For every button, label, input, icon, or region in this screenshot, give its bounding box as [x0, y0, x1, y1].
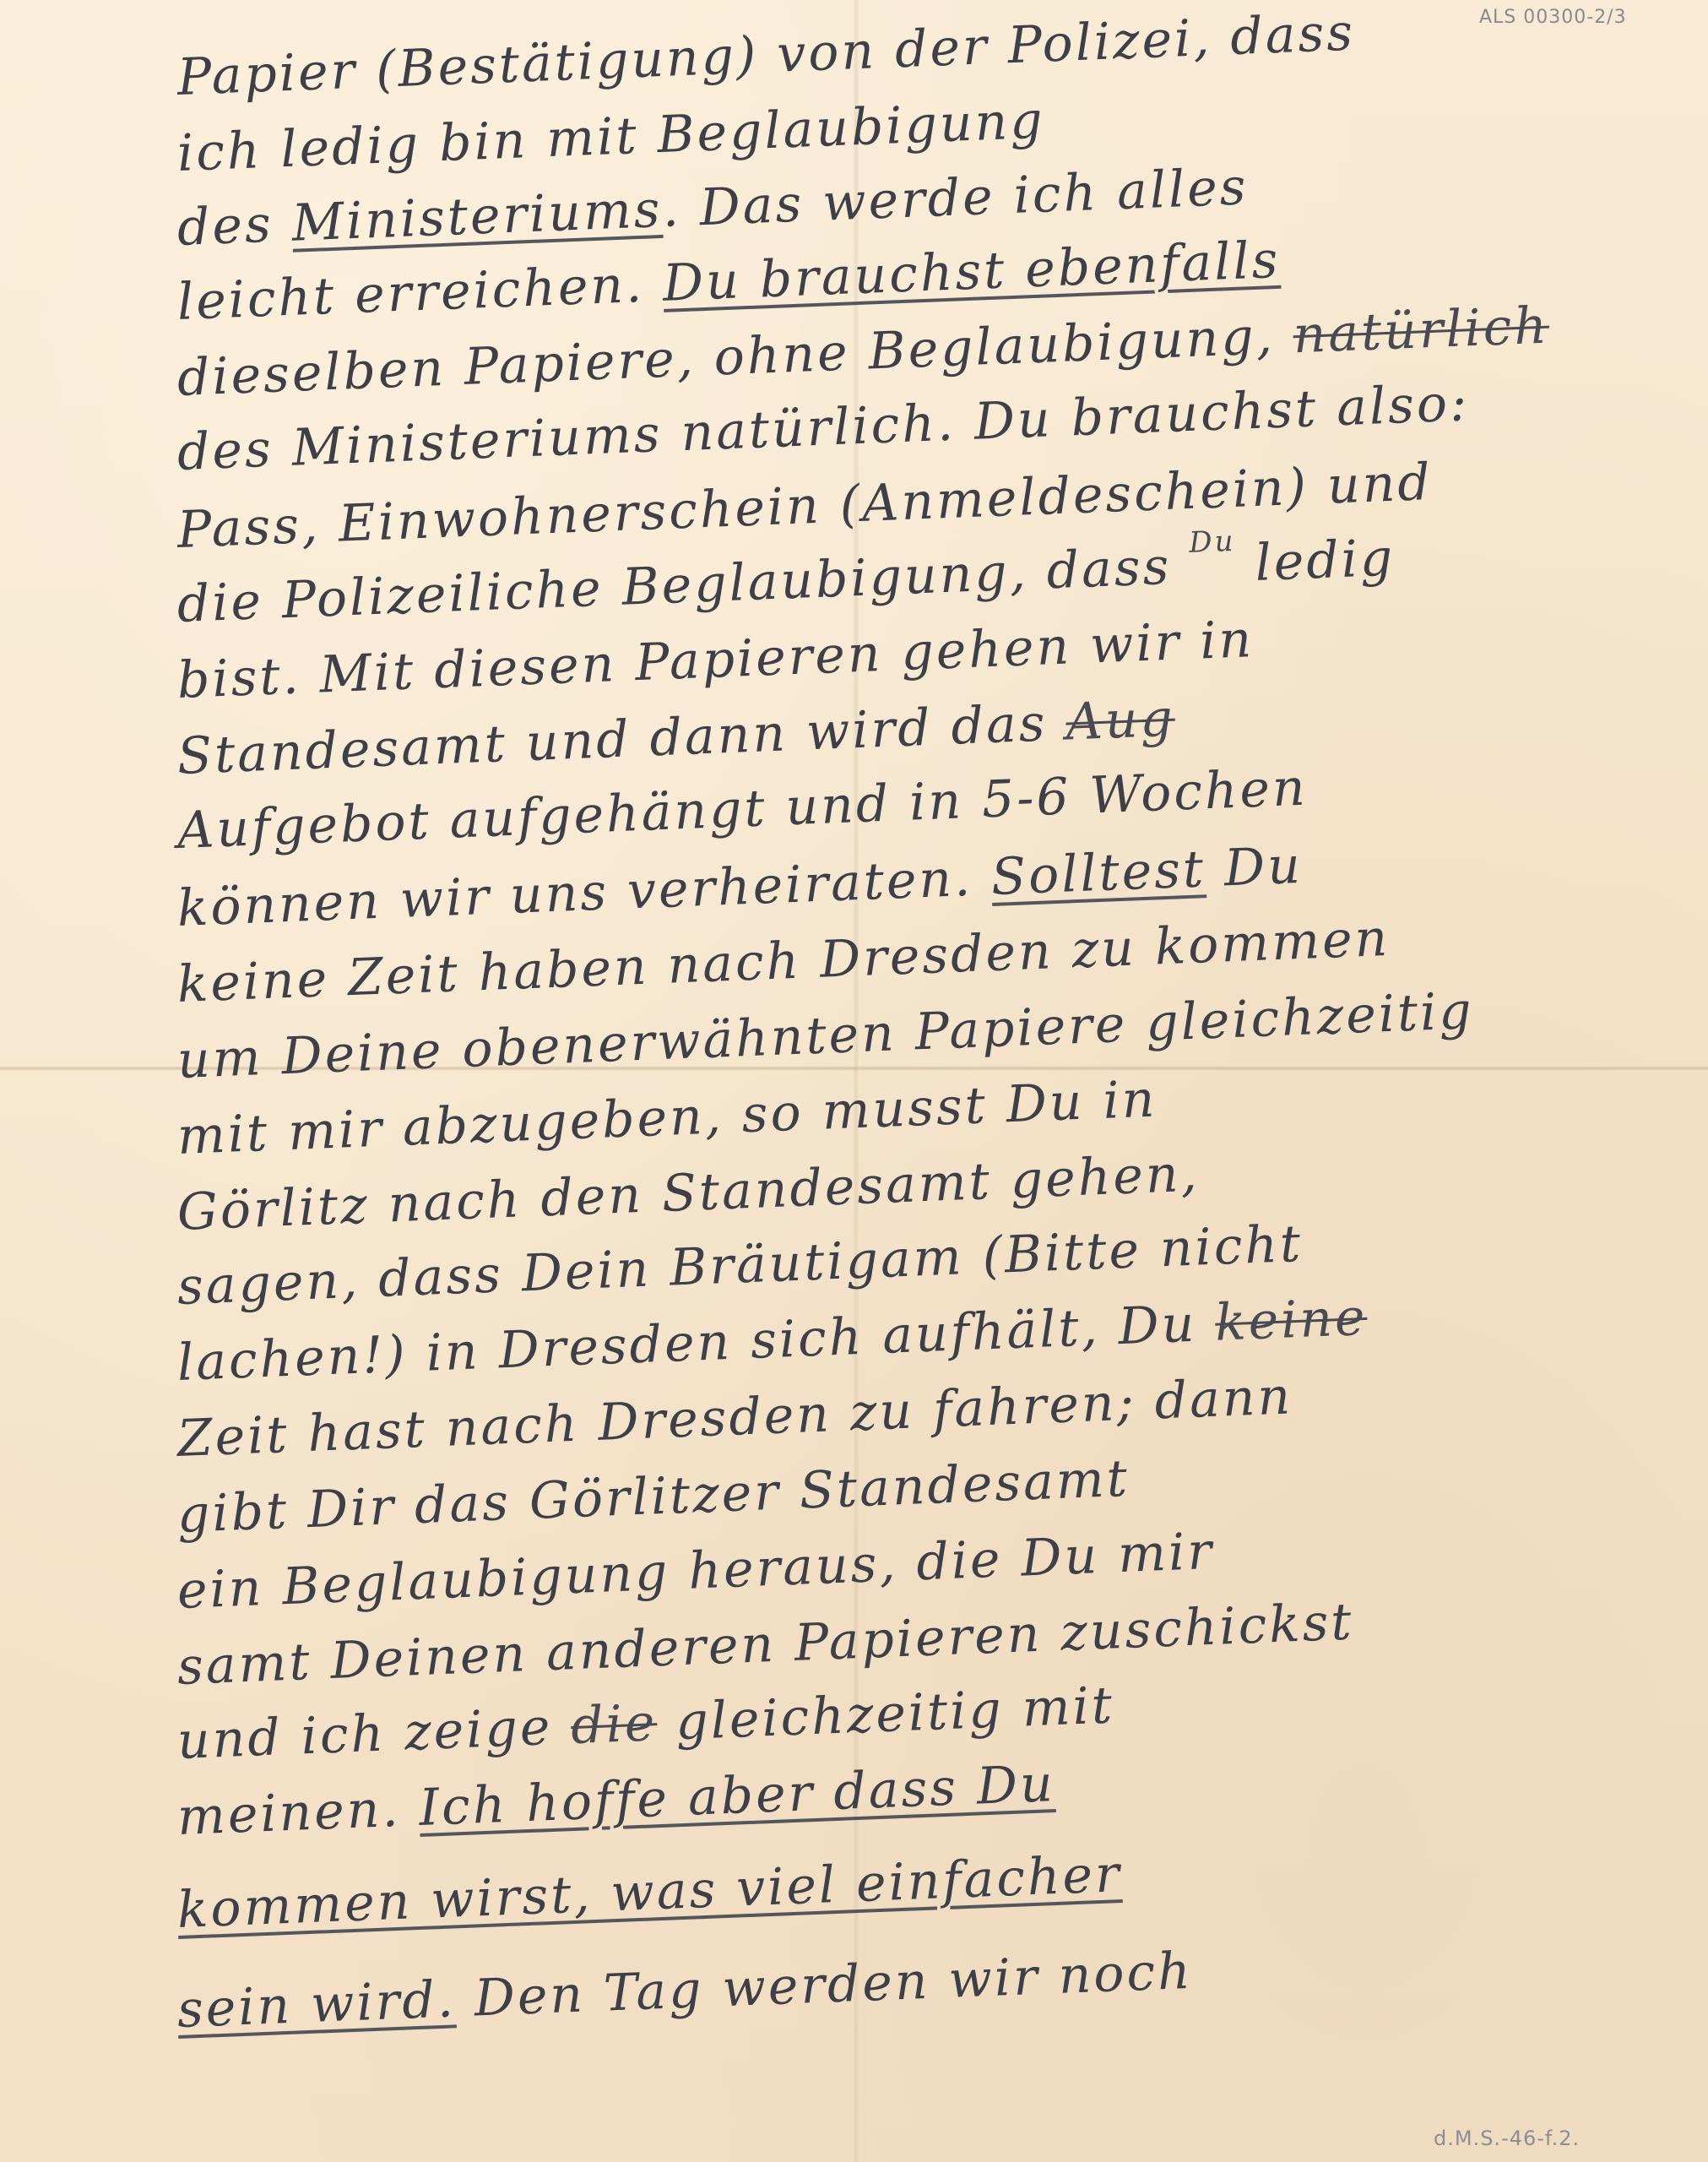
struck-word: natürlich: [1292, 296, 1550, 366]
line-text: dann: [1153, 1366, 1293, 1431]
line-text: 5-6 Wochen: [981, 758, 1309, 830]
line-text: und ich zeige: [176, 1697, 572, 1771]
text-line-26: sein wird. Den Tag werden wir noch: [176, 1919, 1663, 2044]
line-text: ich ledig bin mit: [176, 106, 659, 183]
line-text: leicht erreichen.: [176, 254, 664, 332]
line-text: . Das werde ich alles: [661, 157, 1250, 239]
line-text: Du: [1205, 836, 1304, 899]
line-text: Den Tag werden wir noch: [454, 1942, 1194, 2029]
line-text: um: [176, 1027, 283, 1090]
handwritten-text-body: Papier (Bestätigung) von der Polizei, da…: [0, 0, 1708, 2162]
underlined-phrase: Du brauchst ebenfalls: [662, 231, 1282, 313]
line-text: meinen.: [176, 1779, 420, 1847]
line-text: ledig: [1235, 529, 1396, 594]
underlined-word: Ministeriums: [290, 180, 663, 253]
letter-page: ALS 00300-2/3 d.M.S.-46-f.2. Papier (Bes…: [0, 0, 1708, 2162]
underlined-word: Solltest: [990, 839, 1207, 907]
struck-word: die: [570, 1693, 659, 1756]
underlined-phrase: kommen wirst, was viel einfacher: [176, 1844, 1123, 1940]
inserted-word: Du: [1189, 524, 1237, 560]
underlined-phrase: Ich hoffe aber dass Du: [418, 1754, 1056, 1838]
line-text: gleichzeitig mit: [656, 1676, 1115, 1752]
struck-word: keine: [1214, 1288, 1369, 1353]
line-text: Beglaubigung: [656, 91, 1046, 166]
line-text: des: [176, 194, 293, 258]
underlined-phrase: sein wird.: [176, 1969, 457, 2040]
struck-word: Aug: [1065, 689, 1176, 752]
